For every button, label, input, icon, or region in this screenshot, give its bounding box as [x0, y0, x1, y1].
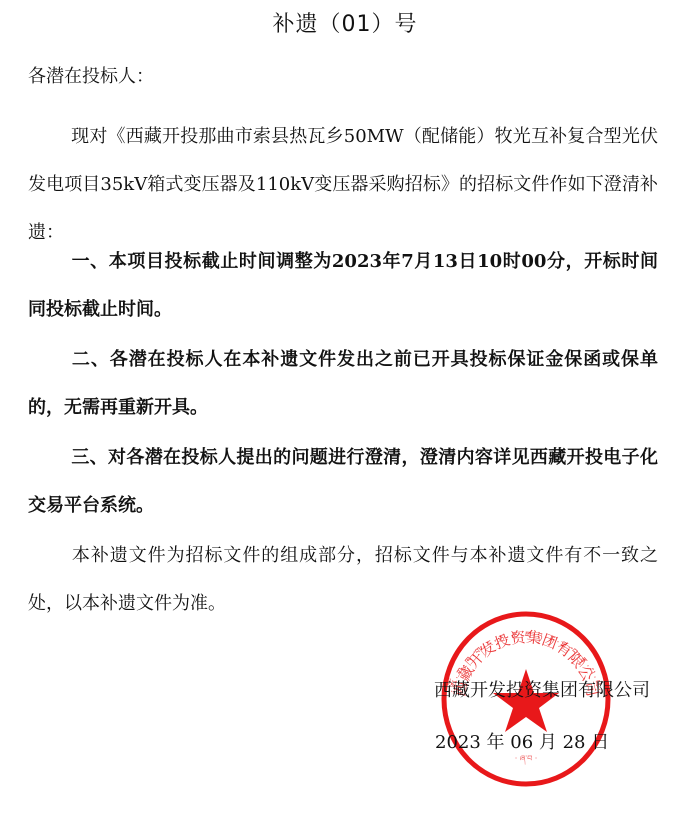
intro-text: 现对《西藏开投那曲市索县热瓦乡50MW（配储能）牧光互补复合型光伏发电项目35k…	[28, 126, 658, 243]
item-3-paragraph: 三、对各潜在投标人提出的问题进行澄清，澄清内容详见西藏开投电子化交易平台系统。	[28, 434, 658, 530]
salutation: 各潜在投标人：	[28, 64, 154, 90]
item-2-text: 二、各潜在投标人在本补遗文件发出之前已开具投标保证金保函或保单的，无需再重新开具…	[28, 349, 658, 418]
closing-text: 本补遗文件为招标文件的组成部分，招标文件与本补遗文件有不一致之处，以本补遗文件为…	[28, 545, 658, 614]
document-page: 补遗（01）号 各潜在投标人： 现对《西藏开投那曲市索县热瓦乡50MW（配储能）…	[0, 0, 690, 826]
signature-company: 西藏开发投资集团有限公司	[434, 678, 650, 704]
item-1-text: 一、本项目投标截止时间调整为2023年7月13日10时00分，开标时间同投标截止…	[28, 251, 658, 320]
signature-date: 2023 年 06 月 28 日	[435, 730, 609, 756]
document-title: 补遗（01）号	[0, 10, 690, 40]
item-1-paragraph: 一、本项目投标截止时间调整为2023年7月13日10时00分，开标时间同投标截止…	[28, 238, 658, 334]
item-3-text: 三、对各潜在投标人提出的问题进行澄清，澄清内容详见西藏开投电子化交易平台系统。	[28, 447, 658, 516]
item-2-paragraph: 二、各潜在投标人在本补遗文件发出之前已开具投标保证金保函或保单的，无需再重新开具…	[28, 336, 658, 432]
intro-paragraph: 现对《西藏开投那曲市索县热瓦乡50MW（配储能）牧光互补复合型光伏发电项目35k…	[28, 113, 658, 257]
